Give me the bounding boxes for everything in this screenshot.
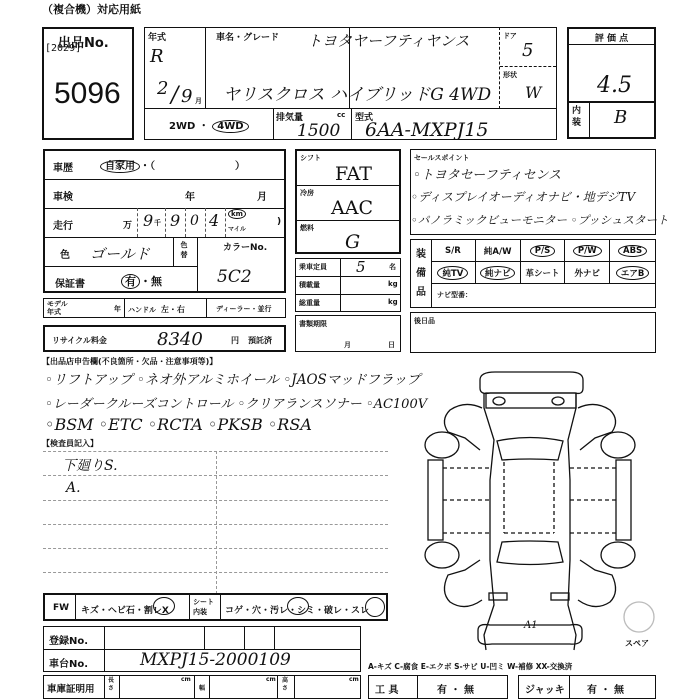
shift-value: FAT [335, 163, 372, 185]
mileage-digit: 4 [209, 211, 219, 230]
equipment-item: P/W [565, 240, 610, 262]
capacity-block: 乗車定員 5 名 積載量 kg 総重量 kg [295, 258, 401, 312]
equipment-item: S/R [431, 240, 476, 262]
warranty-options: 有・無 [121, 273, 162, 289]
year-era: R [150, 46, 164, 67]
aircon-value: AAC [331, 197, 373, 219]
recycle-label: リサイクル料金 [52, 335, 107, 346]
fw-circle-mark [153, 597, 175, 615]
car-name-box: 車名・グレード トヨタヤーフティヤンス ヤリスクロス ハイブリッドG 4WD [205, 27, 350, 109]
documents-block: 書類期限 月 日 [295, 315, 401, 352]
garage-row: 車庫証明用 長さ cm 幅 cm 高さ cm [43, 675, 361, 699]
recycle-status: 預託済 [248, 335, 272, 346]
equipment-grid: S/R純A/WP/SP/WABS純TV純ナビ革シート外ナビエアB [431, 240, 655, 284]
registration-block: 登録No. 車台No. MXPJ15-2000109 [43, 626, 361, 672]
drive-4wd-selected: 4WD [212, 120, 248, 133]
aircon-label: 冷房 [300, 188, 314, 198]
equipment-item: 革シート [521, 262, 566, 284]
displacement-box: 排気量 cc 1500 [273, 108, 352, 140]
score-value: 4.5 [597, 73, 632, 98]
inspector-line: 下廻りS. [62, 455, 118, 475]
equipment-item: P/S [521, 240, 566, 262]
history-label: 車歴 [53, 159, 73, 174]
tools-options: 有 ・ 無 [437, 681, 474, 696]
equipment-box: 装備品 S/R純A/WP/SP/WABS純TV純ナビ革シート外ナビエアB ナビ型… [410, 239, 656, 308]
year-value: 2 [157, 78, 168, 99]
warranty-no: 無 [151, 275, 162, 288]
lot-number: 5096 [54, 77, 121, 111]
mileage-unit-mile: マイル [228, 224, 246, 233]
registration-label: 登録No. [49, 632, 88, 647]
dealer-options: ディーラー・並行 [216, 304, 271, 314]
mileage-unit-km: km [228, 209, 246, 219]
shift-label: シフト [300, 153, 321, 163]
month-unit: 月 [195, 96, 202, 106]
equipment-item: 外ナビ [565, 262, 610, 284]
handle-field: ハンドル 左・右 [128, 304, 185, 315]
navi-model-label: ナビ型番： [437, 290, 472, 300]
shape-value: W [525, 83, 541, 102]
inspection-label: 車検 [53, 188, 73, 203]
sales-point-line: ◦パノラミックビューモニター ◦プッシュスタート [411, 212, 668, 228]
seat-circle-mark [365, 597, 385, 617]
sales-points-label: セールスポイント [414, 153, 469, 163]
equipment-label: 装備品 [416, 245, 426, 302]
gross-label: 総重量 [299, 298, 320, 308]
mileage-label: 走行 [53, 217, 73, 232]
interior-label: 内装 [572, 105, 584, 129]
lot-box: 出品No. [2029] 5096 [42, 27, 134, 140]
sales-point-line: ◦トヨタセーフティセンス [413, 164, 561, 183]
history-options: 自家用・（ ） [100, 157, 245, 172]
documents-label: 書類期限 [299, 319, 327, 329]
seller-note-line: ◦レーダークルーズコントロール ◦クリアランスソナー ◦AC100V [45, 393, 427, 412]
car-name-cont [349, 27, 421, 109]
history-selected: 自家用 [100, 160, 140, 173]
lot-stamp: [2029] [45, 43, 81, 54]
model-year-row: モデル年式 年 ハンドル 左・右 ディーラー・並行 [43, 298, 286, 318]
fuel-value: G [345, 231, 360, 253]
form-title: （複合機）対応用紙 [42, 1, 141, 17]
warranty-label: 保証書 [55, 275, 85, 290]
model-year-label: モデル年式 [47, 300, 69, 316]
score-label: 評 価 点 [569, 31, 654, 44]
model-box: 型式 6AA-MXPJ15 [351, 108, 557, 140]
seller-note-line: ◦リフトアップ ◦ネオ外アルミホイール ◦JAOSマッドフラップ [45, 368, 420, 388]
spare-label: スペア [625, 638, 649, 649]
inspection-month-unit: 月 [257, 188, 267, 203]
mileage-digit: 9 [170, 211, 180, 230]
drive-2wd: 2WD [169, 121, 195, 132]
shape-label: 形状 [503, 70, 517, 80]
fuel-label: 燃料 [300, 223, 314, 233]
equipment-item: 純ナビ [476, 262, 521, 284]
jack-options: 有 ・ 無 [587, 681, 624, 696]
inspection-year-unit: 年 [185, 188, 195, 203]
inspector-label: 【検査員記入】 [42, 438, 98, 449]
seller-note-line: ◦BSM ◦ETC ◦RCTA ◦PKSB ◦RSA [45, 415, 312, 434]
inspector-line: A. [66, 480, 81, 496]
color-no-label: カラーNo. [223, 240, 267, 253]
color-value: ゴールド [90, 243, 150, 264]
recycle-row: リサイクル料金 8340 円 預託済 [43, 325, 286, 352]
chassis-value: MXPJ15-2000109 [140, 650, 291, 670]
year-box: 年式 R 2 / 9 月 [144, 27, 206, 109]
drive-box: 2WD ・ 4WD [144, 108, 274, 140]
sales-point-line: ◦ディスプレイオーディオナビ・地デジTV [411, 188, 635, 205]
damage-legend: A-キズ C-腐食 E-エクボ S-サビ U-凹ミ W-補修 XX-交換済 [368, 661, 572, 672]
seat-label: シート内装 [193, 597, 219, 617]
capacity-label: 乗車定員 [299, 262, 327, 272]
car-name-label: 車名・グレード [216, 30, 279, 43]
fw-row: FW キズ・ヘビ石・割レX シート内装 コゲ・穴・汚レ・シミ・破レ・スレ [43, 593, 388, 621]
mileage-digit: 0 [190, 213, 199, 229]
year-label: 年式 [148, 30, 166, 43]
equipment-item: ABS [610, 240, 655, 262]
later-items-box: 後日品 [410, 312, 656, 353]
garage-label: 車庫証明用 [47, 681, 95, 695]
mileage-man-unit: 万 [123, 218, 132, 231]
jack-label: ジャッキ [525, 681, 565, 696]
car-damage-diagram [410, 360, 700, 660]
jack-row: ジャッキ 有 ・ 無 [518, 675, 656, 699]
displacement-unit: cc [337, 111, 345, 119]
seat-circle-mark [287, 597, 309, 615]
color-label: 色 [60, 246, 70, 261]
equipment-item: 純A/W [476, 240, 521, 262]
tools-label: 工 具 [375, 681, 398, 696]
warranty-yes-selected: 有 [121, 274, 140, 289]
model-value: 6AA-MXPJ15 [365, 119, 489, 141]
tools-row: 工 具 有 ・ 無 [368, 675, 508, 699]
month-value: 9 [181, 86, 192, 107]
later-items-label: 後日品 [414, 316, 435, 326]
mileage-digit: 9 [143, 211, 153, 230]
doors-label: ドア [503, 31, 517, 41]
capacity-value: 5 [356, 258, 366, 276]
fw-label: FW [53, 603, 69, 613]
doors-value: 5 [522, 40, 533, 61]
color-change-label: 色替 [179, 240, 189, 260]
sales-points-box: セールスポイント ◦トヨタセーフティセンス ◦ディスプレイオーディオナビ・地デジ… [410, 149, 656, 235]
damage-mark: A1 [524, 620, 538, 631]
equipment-item: エアB [610, 262, 655, 284]
color-no-value: 5C2 [217, 267, 252, 287]
equipment-item: 純TV [431, 262, 476, 284]
load-label: 積載量 [299, 280, 320, 290]
door-shape-box: ドア 5 形状 W [499, 27, 557, 109]
recycle-value: 8340 [157, 329, 203, 350]
interior-value: B [614, 107, 627, 128]
drive-options: 2WD ・ 4WD [169, 117, 249, 132]
chassis-label: 車台No. [49, 655, 88, 670]
score-box: 評 価 点 4.5 内装 B [567, 27, 656, 139]
shift-block: シフト FAT 冷房 AAC 燃料 G [295, 149, 401, 254]
displacement-value: 1500 [297, 121, 340, 141]
history-block: 車歴 自家用・（ ） 車検 年 月 走行 万 9 千 9 0 4 km マイル … [43, 149, 286, 293]
seller-notes-label: 【出品店申告欄(不良箇所・欠品・注意事項等)】 [42, 356, 217, 367]
